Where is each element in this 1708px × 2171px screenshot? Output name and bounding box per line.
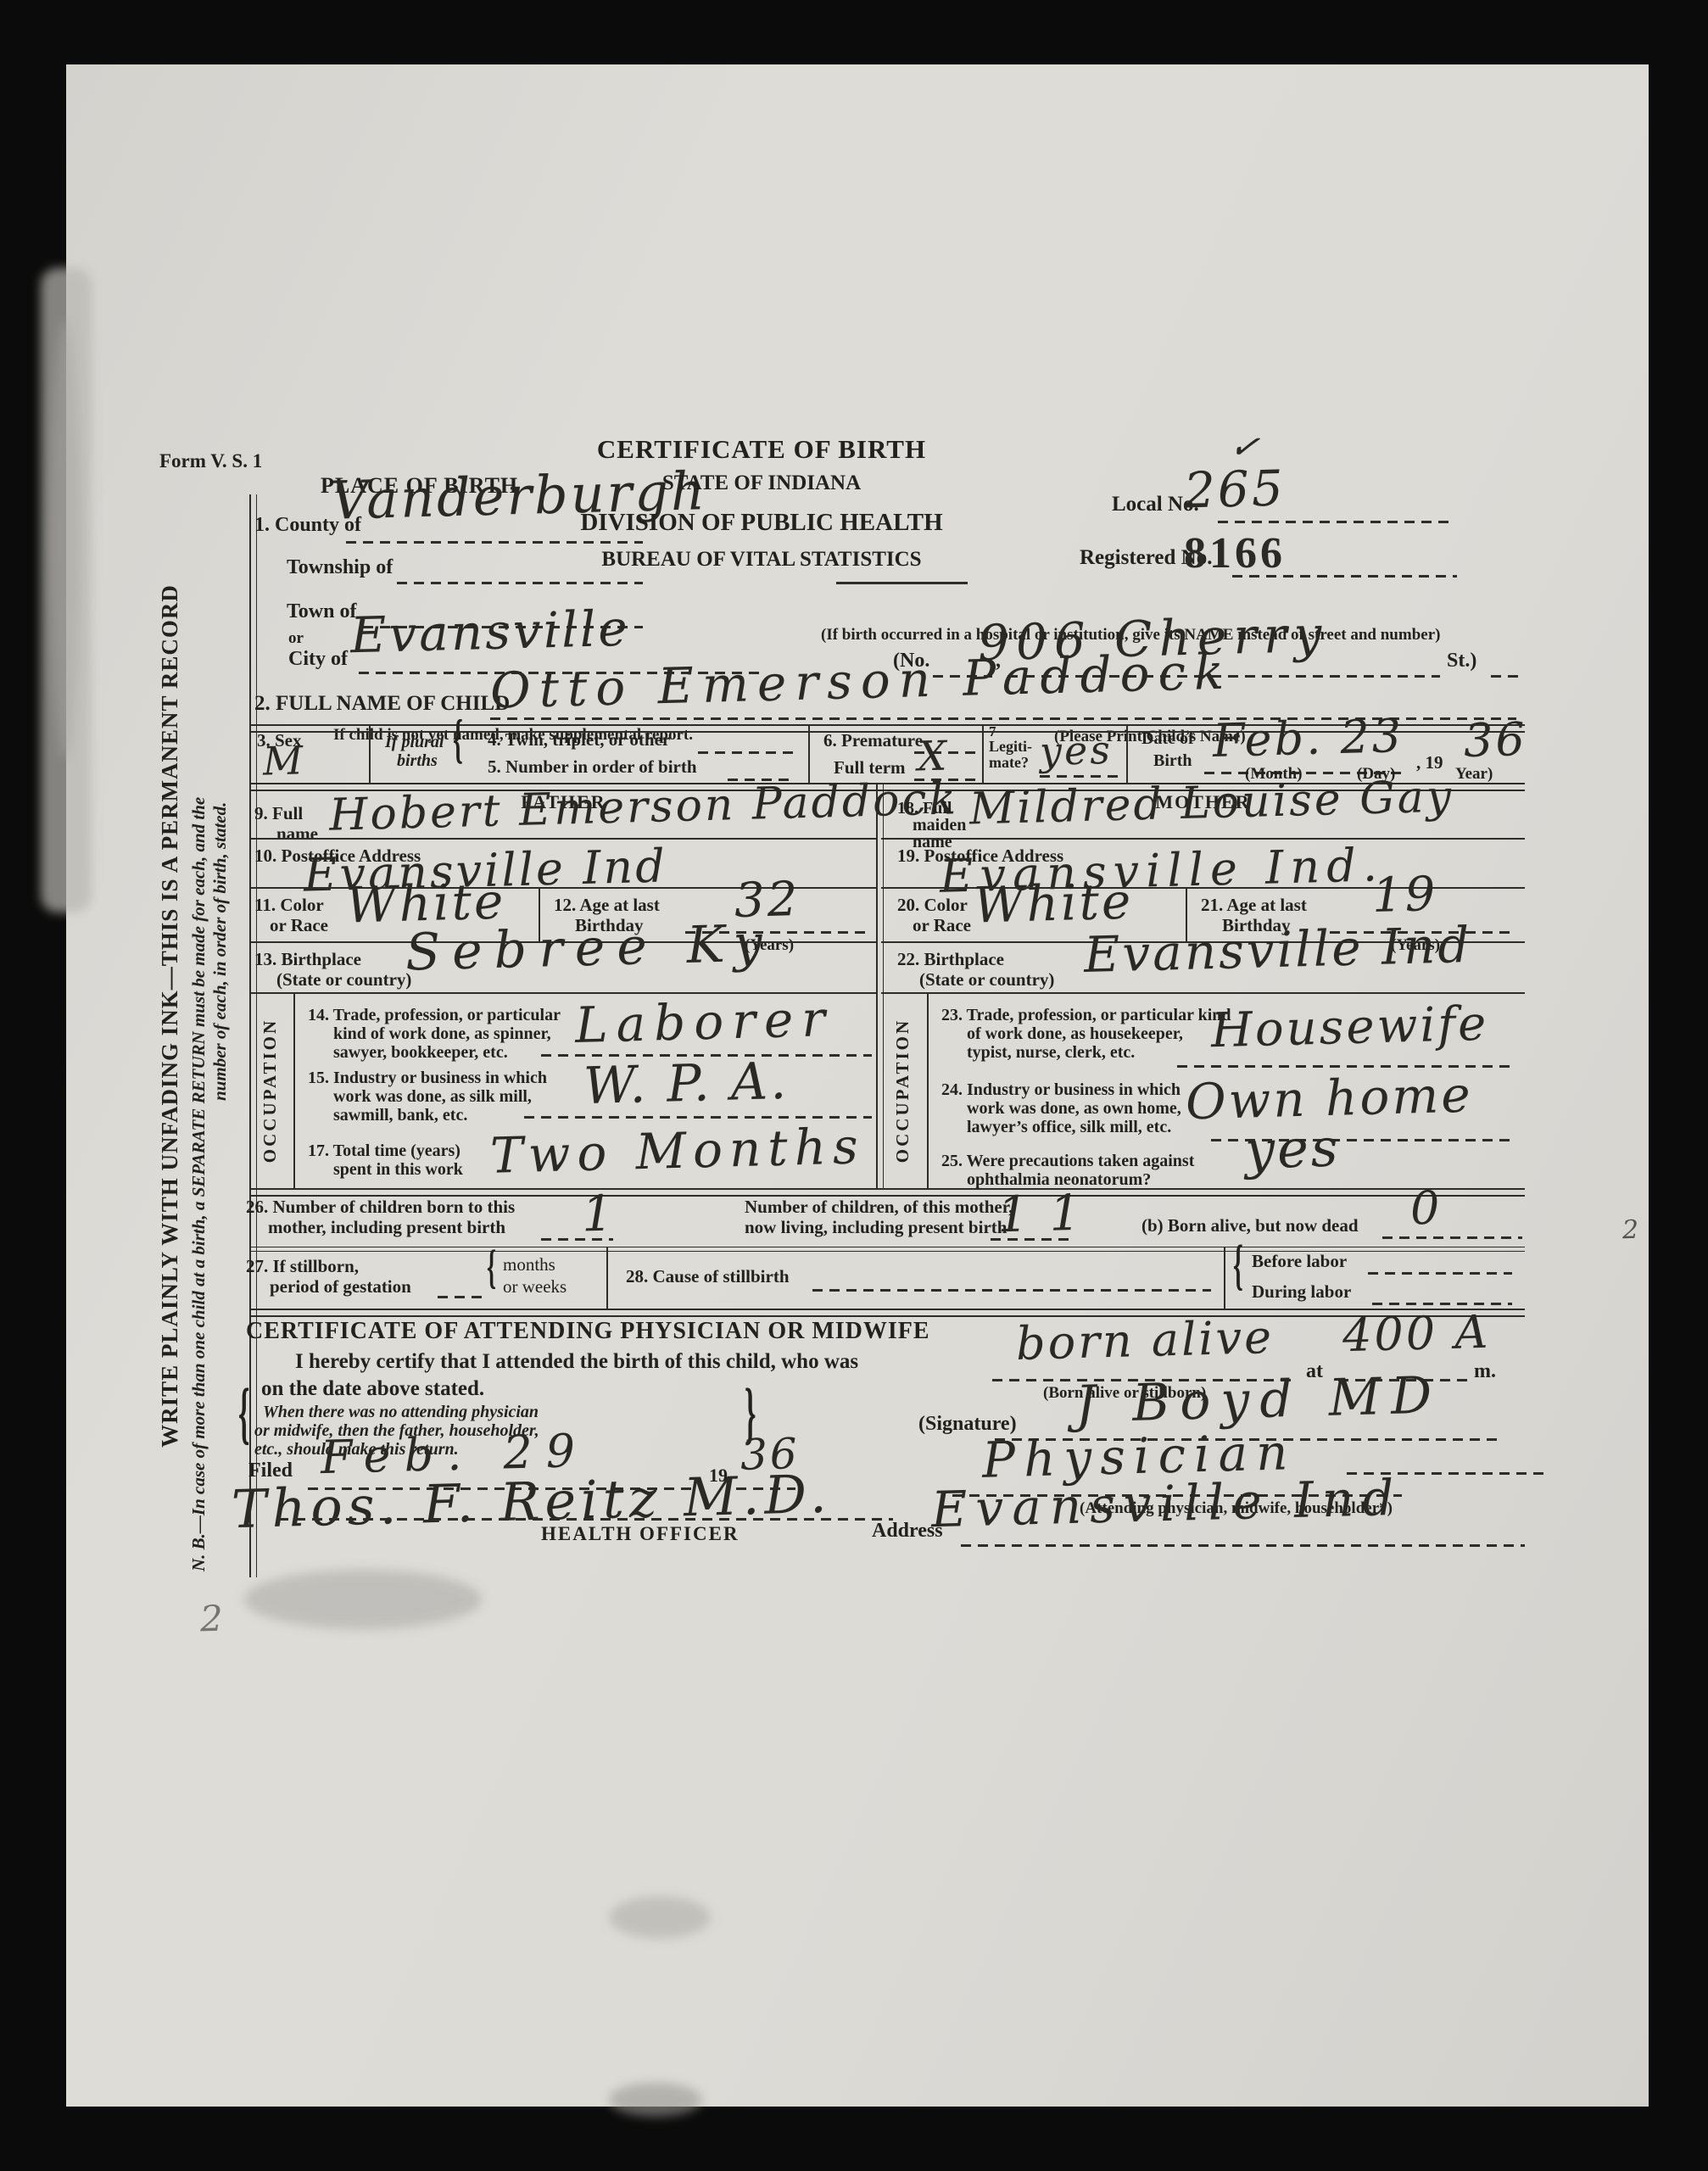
time-value: 400 A (1342, 1309, 1491, 1359)
cause-line (812, 1289, 1211, 1292)
mother-industry-label-3: lawyer’s office, silk mill, etc. (967, 1118, 1171, 1136)
father-industry-label-2: work was done, as silk mill, (333, 1087, 532, 1106)
twin-label: 4. Twin, triplet, or other (488, 730, 670, 751)
sex-value: M (262, 740, 305, 780)
legitimate-label-2: mate? (989, 754, 1029, 771)
scan-smudge (609, 2083, 702, 2117)
twin-line (698, 751, 795, 754)
scan-smudge (244, 1570, 482, 1629)
dob-label-2: Birth (1153, 751, 1192, 770)
father-occupation-divider (293, 992, 295, 1188)
father-time-value: Two Months (489, 1121, 865, 1180)
father-industry-value: W. P. A. (583, 1056, 790, 1112)
township-line (397, 582, 643, 584)
bureau-underline (836, 582, 968, 584)
state-heading: STATE OF INDIANA (524, 472, 999, 495)
mother-industry-label-2: work was done, as own home, (967, 1099, 1181, 1118)
mother-precautions-value: yes (1244, 1122, 1341, 1177)
father-birthplace-label-2: (State or country) (276, 970, 411, 991)
mother-name-value: Mildred Louise Gay (968, 775, 1454, 832)
child-name-label: 2. FULL NAME OF CHILD (254, 692, 510, 716)
mother-trade-label-3: typist, nurse, clerk, etc. (967, 1043, 1135, 1062)
children-dead-line (1382, 1236, 1522, 1239)
mother-row-line-4 (881, 992, 1525, 994)
father-name-label-1: 9. Full (254, 804, 303, 824)
father-industry-label-3: sawmill, bank, etc. (333, 1106, 467, 1125)
mother-occupation-divider (927, 992, 929, 1188)
children-dead-value: 0 (1409, 1186, 1443, 1232)
year-caption: Year) (1455, 765, 1493, 783)
no-attendant-brace-left: { (238, 1399, 249, 1432)
children-dead-label: (b) Born alive, but now dead (1141, 1216, 1359, 1236)
st-line (1491, 675, 1525, 678)
father-time-label-1: 17. Total time (years) (308, 1141, 460, 1160)
sex-row-divider-2 (808, 724, 810, 783)
form-number: Form V. S. 1 (159, 450, 262, 472)
father-birthplace-label-1: 13. Birthplace (254, 950, 361, 970)
father-birthplace-value: Sebree Ky (405, 918, 774, 978)
health-officer-signature: Thos. F. Reitz M.D. (231, 1468, 832, 1536)
father-age-label-1: 12. Age at last (554, 896, 660, 916)
children-living-label-2: now living, including present birth (745, 1218, 1007, 1238)
mother-row-line-1 (881, 838, 1525, 840)
sex-row-divider-4 (1126, 724, 1128, 783)
mother-birthplace-label-2: (State or country) (919, 970, 1054, 991)
mother-race-value: White (973, 877, 1134, 930)
mother-age-label-1: 21. Age at last (1201, 896, 1307, 916)
torn-edge-artifact (51, 319, 80, 760)
dob-label-1: Date of (1141, 729, 1194, 748)
father-trade-label-1: 14. Trade, profession, or particular (308, 1006, 561, 1024)
margin-permanent-note: WRITE PLAINLY WITH UNFADING INK—THIS IS … (157, 524, 187, 1508)
labor-brace: { (1233, 1252, 1243, 1281)
plural-births-label-1: If plural (385, 733, 444, 751)
father-trade-label-2: kind of work done, as spinner, (333, 1024, 551, 1043)
dob-year-value: 36 (1463, 717, 1527, 764)
sex-row-divider-1 (369, 724, 371, 783)
father-name-label-2: name (276, 824, 318, 845)
legitimate-label-1: Legiti- (989, 738, 1032, 755)
stray-pencil-mark: 2 (1622, 1218, 1642, 1244)
father-trade-value: Laborer (574, 994, 834, 1050)
mother-trade-label-1: 23. Trade, profession, or particular kin… (941, 1006, 1231, 1024)
mother-race-label-2: or Race (913, 916, 971, 936)
father-trade-label-3: sawyer, bookkeeper, etc. (333, 1043, 508, 1062)
fullterm-mark: X (917, 736, 949, 778)
parent-columns-divider (876, 783, 884, 1188)
address-line (961, 1544, 1525, 1547)
address-value: Evansville Ind (930, 1473, 1403, 1535)
sex-row-divider-3 (982, 724, 984, 783)
stillbirth-bottom-border (249, 1309, 1525, 1317)
township-label: Township of (287, 556, 393, 579)
legitimate-line (1040, 775, 1121, 778)
stillbirth-divider-2 (1224, 1247, 1225, 1309)
county-line (346, 541, 643, 544)
during-labor-line (1372, 1303, 1512, 1305)
city-label: City of (288, 648, 348, 671)
dob-year-prefix: , 19 (1416, 753, 1443, 773)
months-label: months (503, 1255, 555, 1275)
mother-age-value: 19 (1371, 871, 1438, 920)
mother-industry-label-1: 24. Industry or business in which (941, 1080, 1181, 1099)
weeks-label: or weeks (503, 1277, 567, 1298)
form-left-border (249, 494, 257, 1577)
children-born-label-1: 26. Number of children born to this (246, 1197, 515, 1218)
local-no-line (1218, 521, 1455, 523)
gestation-brace: { (487, 1255, 496, 1281)
certificate-paper: 2 WRITE PLAINLY WITH UNFADING INK—THIS I… (66, 64, 1649, 2107)
mother-birthplace-label-1: 22. Birthplace (897, 950, 1004, 970)
no-attendant-note-1: When there was no attending physician (263, 1403, 539, 1421)
physician-heading: CERTIFICATE OF ATTENDING PHYSICIAN OR MI… (246, 1318, 930, 1344)
children-born-value: 1 (581, 1188, 616, 1238)
health-officer-line (278, 1518, 893, 1521)
division-heading: DIVISION OF PUBLIC HEALTH (524, 509, 999, 536)
stray-ink-mark: 2 (199, 1601, 226, 1638)
during-labor-label: During labor (1252, 1282, 1351, 1303)
certificate-title: CERTIFICATE OF BIRTH (524, 435, 999, 465)
legitimate-value: yes (1039, 730, 1113, 771)
city-value: Evansville (349, 604, 630, 661)
signature-value: J Boyd MD (1074, 1370, 1443, 1430)
father-row-line-1 (249, 838, 878, 840)
mother-occupation-vertical-label: OCCUPATION (893, 989, 915, 1192)
father-industry-label-1: 15. Industry or business in which (308, 1069, 547, 1087)
scanned-birth-certificate: { "margin": { "permanent": "WRITE PLAINL… (0, 0, 1708, 2171)
children-living-label-1: Number of children, of this mother, (745, 1197, 1013, 1218)
mother-precautions-label-1: 25. Were precautions taken against (941, 1152, 1194, 1170)
stillborn-line (438, 1296, 484, 1298)
town-label: Town of (287, 600, 356, 623)
children-living-value: 1 1 (996, 1188, 1084, 1240)
father-time-label-2: spent in this work (333, 1160, 463, 1179)
certify-line-2: on the date above stated. (261, 1377, 484, 1401)
mother-trade-label-2: of work done, as housekeeper, (967, 1024, 1183, 1043)
bureau-heading: BUREAU OF VITAL STATISTICS (524, 548, 999, 572)
scan-smudge (609, 1896, 711, 1939)
health-officer-label: HEALTH OFFICER (541, 1523, 740, 1545)
stillborn-label-1: 27. If stillborn, (246, 1257, 359, 1277)
dob-value: Feb. 23 (1212, 713, 1404, 764)
born-status-value: born alive (1015, 1314, 1274, 1367)
local-no-value: 265 (1183, 463, 1286, 515)
children-born-label-2: mother, including present birth (268, 1218, 505, 1238)
mother-trade-value: Housewife (1210, 1001, 1489, 1056)
stillbirth-divider-1 (606, 1247, 608, 1309)
checkmark: ✓ (1227, 427, 1264, 467)
margin-nb-note-line2: number of each, in order of birth, state… (210, 507, 236, 1101)
or-label: or (288, 629, 304, 647)
father-race-label-2: or Race (270, 916, 328, 936)
father-occupation-vertical-label: OCCUPATION (260, 989, 282, 1192)
certify-line-1: I hereby certify that I attended the bir… (295, 1350, 858, 1374)
st-label: St.) (1447, 650, 1476, 673)
premature-label: 6. Premature (823, 731, 923, 751)
father-race-label-1: 11. Color (254, 896, 324, 916)
registered-no-value: 8166 (1184, 529, 1286, 578)
plural-brace: { (453, 726, 463, 755)
before-labor-line (1368, 1272, 1512, 1275)
stillborn-label-2: period of gestation (270, 1277, 411, 1298)
no-attendant-brace-right: } (745, 1399, 756, 1432)
m-label: m. (1474, 1360, 1496, 1383)
mother-race-label-1: 20. Color (897, 896, 968, 916)
cause-label: 28. Cause of stillbirth (626, 1267, 790, 1287)
occupation-bottom-border (249, 1188, 1525, 1197)
mother-birthplace-value: Evansville Ind (1083, 920, 1472, 979)
plural-births-label-2: births (397, 751, 438, 770)
before-labor-label: Before labor (1252, 1252, 1347, 1272)
order-label: 5. Number in order of birth (488, 757, 697, 778)
